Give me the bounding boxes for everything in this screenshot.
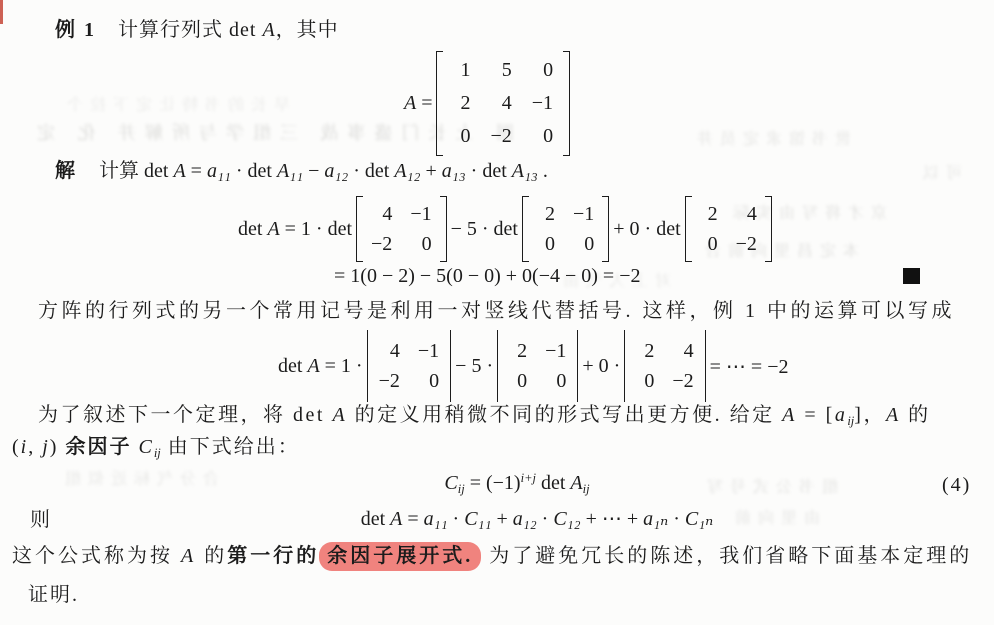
determinant-bar-equation: det A = 1 · 4−1−20 − 5 · 2−100 + 0 · 240… <box>276 331 790 401</box>
textbook-page: 早长的书特让定下拉个 图 上长门盛事战 三组学与所解并 化 定 世书馆求定员井 … <box>0 0 994 625</box>
closing-paragraph-line2: 证明. <box>28 581 79 609</box>
example-text: 计算行列式 det A，其中 <box>118 19 339 41</box>
eq1-part: + 0 · det <box>613 218 680 241</box>
bleed-through-noise: 早长的书特让定下拉个 <box>60 92 290 115</box>
cofactor-expansion-equation: det A = 1 · det 4−1−20 − 5 · det 2−100 +… <box>236 192 774 266</box>
eq2-part: + 0 · <box>582 355 620 378</box>
notation-paragraph: 方阵的行列式的另一个常用记号是利用一对竖线代替括号. 这样，例 1 中的运算可以… <box>38 297 955 325</box>
minor-matrix-3: 240−2 <box>685 196 772 262</box>
example-label: 例 1 <box>55 19 96 41</box>
cofactor-paragraph-line1: 为了叙述下一个定理，将 det A 的定义用稍微不同的形式写出更方便. 给定 A… <box>38 401 931 435</box>
cofactor-formula-body: Cij = (−1)i+j det Aij <box>444 472 589 494</box>
solution-line: 解计算 det A = a₁₁ · det A₁₁ − a₁₂ · det A₁… <box>55 157 548 185</box>
determinant-1: 4−1−20 <box>367 330 452 402</box>
qed-square <box>903 268 920 284</box>
eq1-part: det A = 1 · det <box>238 218 352 241</box>
expansion-formula: det A = a₁₁ · C₁₁ + a₁₂ · C₁₂ + ⋯ + a₁ₙ … <box>0 506 994 531</box>
matrix-a-lhs: A = <box>404 92 433 115</box>
equation-number: (4) <box>942 471 971 499</box>
cofactor-formula: Cij = (−1)i+j det Aij <box>0 471 994 497</box>
bleed-through-noise: 世书馆求定员井 <box>690 126 851 149</box>
minor-matrix-2: 2−100 <box>522 196 609 262</box>
red-margin-mark <box>0 0 3 24</box>
eq1-part: − 5 · det <box>451 218 518 241</box>
cofactor-paragraph-line2: (i, j) 余因子 Cij 由下式给出： <box>12 433 300 467</box>
bleed-through-noise: 可以 <box>916 160 962 183</box>
example-heading: 例 1计算行列式 det A，其中 <box>55 16 339 44</box>
determinant-2: 2−100 <box>497 330 578 402</box>
matrix-a: 15024−10−20 <box>436 51 571 156</box>
minor-matrix-1: 4−1−20 <box>356 196 447 262</box>
closing-paragraph-line1: 这个公式称为按 A 的第一行的余因子展开式. 为了避免冗长的陈述，我们省略下面基… <box>12 542 972 570</box>
expansion-formula-body: det A = a₁₁ · C₁₁ + a₁₂ · C₁₂ + ⋯ + a₁ₙ … <box>361 508 714 530</box>
matrix-a-display: A = 15024−10−20 <box>404 50 573 156</box>
solution-formula: 计算 det A = a₁₁ · det A₁₁ − a₁₂ · det A₁₂… <box>99 160 548 182</box>
eq2-part: det A = 1 · <box>278 355 363 378</box>
eq2-tail: = ⋯ = −2 <box>710 354 789 379</box>
solution-label: 解 <box>55 160 75 182</box>
eq2-part: − 5 · <box>455 355 493 378</box>
determinant-3: 240−2 <box>624 330 705 402</box>
evaluation-line: = 1(0 − 2) − 5(0 − 0) + 0(−4 − 0) = −2 <box>334 262 640 290</box>
